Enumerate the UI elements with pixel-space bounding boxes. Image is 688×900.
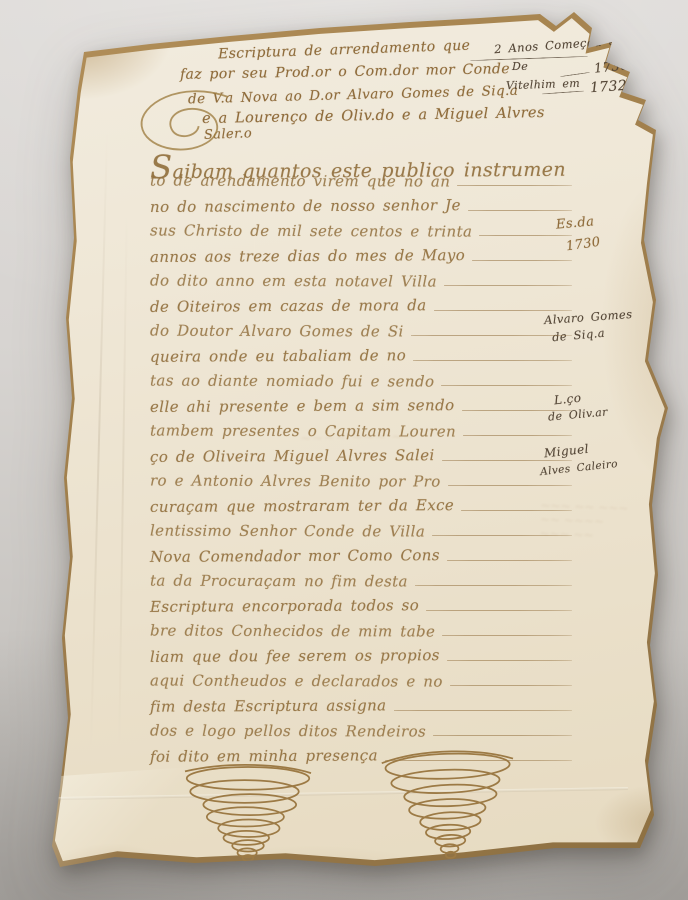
manuscript-line: do dito anno em esta notavel Villa [150, 272, 574, 297]
underline-stroke [470, 56, 588, 61]
manuscript-line: ço de Oliveira Miguel Alvres Salei [150, 447, 574, 472]
dash-stroke [542, 91, 584, 95]
manuscript-line: de Oiteiros em cazas de mora da [150, 297, 574, 322]
manuscript-line-text: fim desta Escriptura assigna [150, 696, 387, 715]
manuscript-content: ~~~ ~~ ~~~~~ ~~~~~~~ ~~ ~~~~ ~~~ ~~ Escr… [0, 0, 688, 900]
line-filler-stroke [447, 660, 572, 661]
paper-shadow: ~~~ ~~ ~~~~~ ~~~~~~~ ~~ ~~~~ ~~~ ~~ Escr… [0, 0, 688, 900]
cone-spiral-flourish [178, 760, 318, 872]
line-filler-stroke [461, 510, 572, 511]
line-filler-stroke [415, 585, 572, 586]
vertical-crease [118, 210, 127, 750]
line-filler-stroke [447, 560, 572, 561]
corner-note-line: Vitelhim em [506, 77, 581, 93]
manuscript-line: do Doutor Alvaro Gomes de Si [150, 322, 574, 347]
manuscript-line-text: aqui Contheudos e declarados e no [150, 671, 443, 690]
line-filler-stroke [394, 710, 573, 711]
manuscript-line: Escriptura encorporada todos so [150, 597, 574, 622]
manuscript-line: sus Christo de mil sete centos e trinta [150, 222, 574, 247]
manuscript-line-text: tas ao diante nomiado fui e sendo [150, 372, 434, 391]
manuscript-line: lentissimo Senhor Conde de Villa [150, 522, 574, 547]
manuscript-line-text: lentissimo Senhor Conde de Villa [150, 522, 425, 541]
manuscript-body: Saibam quantos este publico instrumen to… [150, 147, 574, 772]
manuscript-line-text: ta da Procuraçam no fim desta [150, 572, 408, 591]
line-filler-stroke [462, 410, 572, 411]
manuscript-line-text: Escriptura encorporada todos so [150, 596, 419, 616]
manuscript-line: Saibam quantos este publico instrumen [150, 147, 574, 172]
manuscript-line: curaçam que mostraram ter da Exce [150, 497, 574, 522]
manuscript-line-text: no do nascimento de nosso senhor Je [150, 196, 461, 216]
manuscript-line-text: liam que dou fee serem os propios [150, 646, 440, 666]
manuscript-line-text: bre ditos Conhecidos de mim tabe [150, 622, 435, 641]
manuscript-paper: ~~~ ~~ ~~~~~ ~~~~~~~ ~~ ~~~~ ~~~ ~~ Escr… [0, 0, 688, 900]
manuscript-line: fim desta Escriptura assigna [150, 697, 574, 722]
line-filler-stroke [441, 385, 572, 386]
header-line: faz por seu Prod.or o Com.dor mor Conde [180, 61, 510, 83]
manuscript-line-text: ro e Antonio Alvres Benito por Pro [150, 471, 441, 490]
line-filler-stroke [442, 460, 572, 461]
manuscript-line-text: dos e logo pellos ditos Rendeiros [150, 722, 426, 741]
manuscript-line: bre ditos Conhecidos de mim tabe [150, 622, 574, 647]
line-filler-stroke [413, 360, 572, 361]
manuscript-line: ta da Procuraçam no fim desta [150, 572, 574, 597]
header-line: de V.a Nova ao D.or Alvaro Gomes de Siq.… [188, 83, 519, 108]
line-filler-stroke [468, 210, 572, 211]
manuscript-line-text: de Oiteiros em cazas de mora da [150, 296, 427, 316]
manuscript-line: annos aos treze dias do mes de Mayo [150, 247, 574, 272]
vertical-crease [90, 130, 108, 750]
manuscript-line-text: do Doutor Alvaro Gomes de Si [150, 322, 404, 341]
line-filler-stroke [434, 310, 572, 311]
header-line: Escriptura de arrendamento que [218, 38, 471, 63]
manuscript-line: no do nascimento de nosso senhor Je [150, 197, 574, 222]
manuscript-line-text: ço de Oliveira Miguel Alvres Salei [150, 446, 435, 466]
manuscript-line-text: tambem presentes o Capitam Louren [150, 421, 456, 440]
manuscript-line-text: elle ahi presente e bem a sim sendo [150, 396, 455, 416]
manuscript-line: liam que dou fee serem os propios [150, 647, 574, 672]
photograph-background: ~~~ ~~ ~~~~~ ~~~~~~~ ~~ ~~~~ ~~~ ~~ Escr… [0, 0, 688, 900]
manuscript-line: tas ao diante nomiado fui e sendo [150, 372, 574, 397]
corner-note-line: De [512, 60, 528, 73]
line-filler-stroke [411, 335, 572, 336]
line-filler-stroke [432, 535, 572, 536]
line-filler-stroke [472, 260, 572, 261]
manuscript-line: ro e Antonio Alvres Benito por Pro [150, 472, 574, 497]
line-filler-stroke [442, 635, 572, 636]
line-filler-stroke [444, 285, 572, 286]
manuscript-line-text: do dito anno em esta notavel Villa [150, 271, 437, 290]
manuscript-line: aqui Contheudos e declarados e no [150, 672, 574, 697]
line-filler-stroke [433, 735, 572, 736]
line-filler-stroke [448, 485, 572, 486]
header-line: e a Lourenço de Oliv.do e a Miguel Alvre… [202, 105, 545, 127]
manuscript-line-text: sus Christo de mil sete centos e trinta [150, 221, 472, 240]
corner-fold [47, 767, 194, 877]
horizontal-fold [58, 787, 628, 800]
line-filler-stroke [450, 685, 572, 686]
manuscript-line: queira onde eu tabaliam de no [150, 347, 574, 372]
manuscript-line-text: curaçam que mostraram ter da Exce [150, 496, 454, 516]
manuscript-line: tambem presentes o Capitam Louren [150, 422, 574, 447]
line-filler-stroke [426, 610, 572, 611]
corner-note-year: 1732 [589, 78, 627, 97]
corner-note-line: 2 Anos Começou em 1 João [494, 30, 675, 57]
line-filler-stroke [479, 235, 572, 236]
manuscript-line-text: to de arendamento virem que no an [150, 171, 450, 190]
manuscript-line-text: annos aos treze dias do mes de Mayo [150, 246, 465, 266]
line-filler-stroke [457, 185, 572, 186]
line-filler-stroke [463, 435, 572, 436]
corner-note-year: 1730 [593, 58, 629, 77]
manuscript-line: elle ahi presente e bem a sim sendo [150, 397, 574, 422]
cone-spiral-flourish [376, 742, 522, 873]
manuscript-line-text: queira onde eu tabaliam de no [150, 346, 406, 366]
manuscript-line: Nova Comendador mor Como Cons [150, 547, 574, 572]
manuscript-line-text: Nova Comendador mor Como Cons [150, 546, 440, 566]
